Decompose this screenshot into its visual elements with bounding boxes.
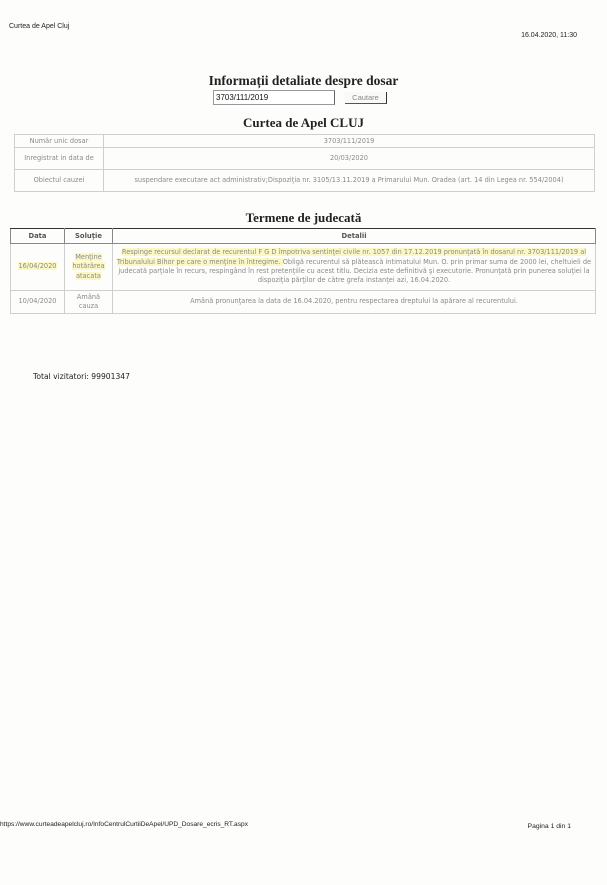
- case-info-label: Număr unic dosar: [15, 135, 104, 148]
- print-footer-url: https://www.curteadeapelcluj.ro/InfoCent…: [0, 821, 248, 828]
- case-info-row: Inregistrat in data de 20/03/2020: [15, 148, 595, 170]
- case-number-input[interactable]: [213, 90, 335, 105]
- terms-title: Termene de judecată: [0, 210, 607, 226]
- term-details: Respinge recursul declarat de recurentul…: [113, 244, 596, 291]
- term-details: Amână pronunţarea la data de 16.04.2020,…: [113, 291, 596, 314]
- table-row: 10/04/2020 Amână cauza Amână pronunţarea…: [11, 291, 596, 314]
- term-solution: Menţine hotărârea atacata: [65, 244, 113, 291]
- print-header-site-title: Curtea de Apel Cluj: [9, 23, 69, 30]
- page-title: Informații detaliate despre dosar: [0, 73, 607, 89]
- case-info-value: 20/03/2020: [104, 148, 595, 170]
- term-date-text: 16/04/2020: [18, 262, 56, 270]
- case-info-label: Inregistrat in data de: [15, 148, 104, 170]
- terms-header-row: Data Soluţie Detalii: [11, 229, 596, 244]
- column-header-details: Detalii: [113, 229, 596, 244]
- case-info-value: suspendare executare act administrativ;D…: [104, 170, 595, 192]
- case-info-row: Număr unic dosar 3703/111/2019: [15, 135, 595, 148]
- case-info-label: Obiectul cauzei: [15, 170, 104, 192]
- case-info-row: Obiectul cauzei suspendare executare act…: [15, 170, 595, 192]
- term-date: 10/04/2020: [11, 291, 65, 314]
- term-details-text: Respinge recursul declarat de recurentul…: [117, 248, 591, 284]
- term-solution-text: Menţine hotărârea atacata: [72, 253, 104, 280]
- term-solution: Amână cauza: [65, 291, 113, 314]
- search-form: Cautare: [213, 90, 387, 105]
- table-row: 16/04/2020 Menţine hotărârea atacata Res…: [11, 244, 596, 291]
- print-footer-page-number: Pagina 1 din 1: [528, 823, 571, 830]
- term-date: 16/04/2020: [11, 244, 65, 291]
- case-info-table: Număr unic dosar 3703/111/2019 Inregistr…: [14, 134, 595, 192]
- terms-table: Data Soluţie Detalii 16/04/2020 Menţine …: [10, 228, 596, 314]
- print-header-datetime: 16.04.2020, 11:30: [521, 32, 577, 39]
- court-title: Curtea de Apel CLUJ: [0, 115, 607, 131]
- column-header-solution: Soluţie: [65, 229, 113, 244]
- visitor-counter: Total vizitatori: 99901347: [33, 372, 130, 381]
- search-button[interactable]: Cautare: [345, 92, 387, 104]
- case-info-value: 3703/111/2019: [104, 135, 595, 148]
- column-header-date: Data: [11, 229, 65, 244]
